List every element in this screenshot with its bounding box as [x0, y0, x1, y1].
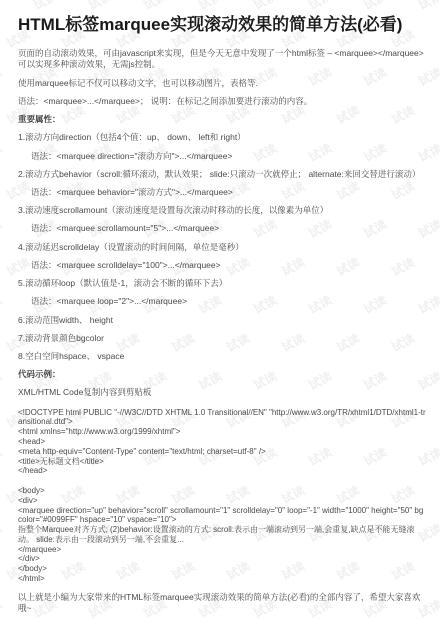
code-line: <html xmlns="http://www.w3.org/1999/xhtm…: [18, 427, 426, 437]
page-title: HTML标签marquee实现滚动效果的简单方法(必看): [18, 14, 426, 35]
intro-paragraph-2: 使用marquee标记不仅可以移动文字，也可以移动图片，表格等.: [18, 78, 426, 89]
attribute-item-bgcolor: 7.滚动背景颜色bgcolor: [18, 333, 426, 344]
code-line: </div>: [18, 554, 426, 564]
article-content: HTML标签marquee实现滚动效果的简单方法(必看) 页面的自动滚动效果，可…: [0, 0, 440, 614]
code-line: </html>: [18, 574, 426, 584]
code-line: <meta http-equiv="Content-Type" content=…: [18, 447, 426, 457]
attribute-item-behavior: 2.滚动方式behavior（scroll:循环滚动，默认效果； slide:只…: [18, 169, 426, 180]
code-line: </body>: [18, 564, 426, 574]
attribute-syntax-direction: 语法：<marquee direction="滚动方向">...</marque…: [18, 151, 426, 162]
code-heading: 代码示例：: [18, 369, 426, 380]
attribute-item-scrollamount: 3.滚动速度scrollamount（滚动速度是设置每次滚动时移动的长度，以像素…: [18, 205, 426, 216]
code-line: </head>: [18, 466, 426, 476]
code-line: <div>: [18, 496, 426, 506]
code-toolbar-label: XML/HTML Code复制内容到剪贴板: [18, 387, 426, 398]
code-line: <!DOCTYPE html PUBLIC "-//W3C//DTD XHTML…: [18, 408, 426, 428]
code-line: <title>无标题文档</title>: [18, 457, 426, 467]
code-line: <body>: [18, 486, 426, 496]
code-block: <!DOCTYPE html PUBLIC "-//W3C//DTD XHTML…: [18, 408, 426, 584]
attribute-syntax-behavior: 语法：<marquee behavior="滚动方式">...</marquee…: [18, 187, 426, 198]
attribute-item-size: 6.滚动范围width、 height: [18, 315, 426, 326]
attribute-item-scrolldelay: 4.滚动延迟scrolldelay（设置滚动的时间间隔，单位是毫秒）: [18, 242, 426, 253]
attributes-heading: 重要属性：: [18, 114, 426, 125]
code-line: <marquee direction="up" behavior="scroll…: [18, 506, 426, 526]
code-line: </marquee>: [18, 545, 426, 555]
outro-paragraph: 以上就是小编为大家带来的HTML标签marquee实现滚动效果的简单方法(必看)…: [18, 592, 426, 614]
document-page: 试读试读试读试读试读试读试读试读试读试读试读试读试读试读试读试读试读试读试读试读…: [0, 0, 440, 620]
code-line: [18, 476, 426, 486]
attribute-item-space: 8.空白空间hspace、 vspace: [18, 351, 426, 362]
syntax-note: 语法：<marquee>...</marquee>； 说明：在标记之间添加要进行…: [18, 96, 426, 107]
attribute-syntax-scrolldelay: 语法：<marquee scrolldelay="100">...</marqu…: [18, 260, 426, 271]
code-line: 指整个Marquee对齐方式; (2)behavior:设置滚动的方式: scr…: [18, 525, 426, 545]
intro-paragraph-1: 页面的自动滚动效果，可由javascript来实现，但是今天无意中发现了一个ht…: [18, 48, 426, 70]
attribute-syntax-loop: 语法：<marquee loop="2">...</marquee>: [18, 296, 426, 307]
attribute-item-loop: 5.滚动循环loop（默认值是-1，滚动会不断的循环下去）: [18, 278, 426, 289]
attribute-syntax-scrollamount: 语法：<marquee scrollamount="5">...</marque…: [18, 223, 426, 234]
attribute-item-direction: 1.滚动方向direction（包括4个值：up、 down、 left和 ri…: [18, 132, 426, 143]
code-line: <head>: [18, 437, 426, 447]
